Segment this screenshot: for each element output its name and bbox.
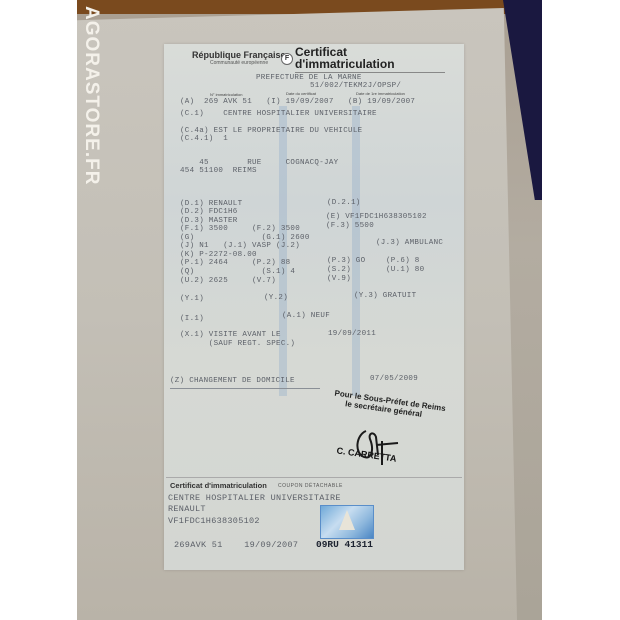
field-x1-date: 19/09/2011 bbox=[328, 330, 376, 338]
address-line-2: 454 51100 REIMS bbox=[180, 167, 257, 175]
field-c4a: (C.4a) EST LE PROPRIETAIRE DU VEHICULE bbox=[180, 127, 362, 135]
field-y2: (Y.2) bbox=[264, 294, 288, 302]
reference: 51/002/TEKM2J/OPSP/ bbox=[310, 82, 401, 90]
field-v9: (V.9) bbox=[327, 275, 351, 283]
security-band bbox=[352, 106, 360, 396]
signature-icon bbox=[352, 425, 402, 467]
field-y1: (Y.1) bbox=[180, 295, 204, 303]
field-p3: (P.3) GO bbox=[327, 257, 365, 265]
country-sub-label: Communauté européenne bbox=[210, 60, 268, 66]
address-line-1: 45 RUE COGNACQ-JAY bbox=[180, 159, 338, 167]
field-k: (K) P-2272-08.00 bbox=[180, 251, 257, 259]
field-p1-p2: (P.1) 2464 (P.2) 88 bbox=[180, 259, 290, 267]
field-u2-v7: (U.2) 2625 (V.7) bbox=[180, 277, 276, 285]
field-f1-f2: (F.1) 3500 (F.2) 3500 bbox=[180, 225, 300, 233]
field-p6: (P.6) 8 bbox=[386, 257, 420, 265]
header-divider bbox=[295, 72, 445, 73]
field-y3: (Y.3) GRATUIT bbox=[354, 292, 416, 300]
title-line-2: d'immatriculation bbox=[295, 58, 395, 70]
field-d21: (D.2.1) bbox=[327, 199, 361, 207]
coupon-title: Certificat d'immatriculation bbox=[170, 481, 267, 490]
field-c1: (C.1) CENTRE HOSPITALIER UNIVERSITAIRE bbox=[180, 110, 377, 118]
coupon-serial: 09RU 41311 bbox=[316, 539, 373, 550]
field-z: (Z) CHANGEMENT DE DOMICILE bbox=[170, 377, 295, 385]
coupon-subtitle: COUPON DÉTACHABLE bbox=[278, 483, 343, 489]
field-s2: (S.2) bbox=[327, 266, 351, 274]
field-z-date: 07/05/2009 bbox=[370, 375, 418, 383]
field-d2: (D.2) FDC1H6 bbox=[180, 208, 238, 216]
certificate-title: Certificat d'immatriculation bbox=[295, 46, 395, 70]
coupon-divider bbox=[166, 477, 462, 478]
security-band bbox=[279, 106, 287, 396]
field-e: (E) VF1FDC1H638305102 bbox=[326, 213, 427, 221]
field-i1: (I.1) bbox=[180, 315, 204, 323]
field-x1-note: (SAUF REGT. SPEC.) bbox=[180, 340, 295, 348]
country-badge: F bbox=[281, 53, 293, 65]
field-d3: (D.3) MASTER bbox=[180, 217, 238, 225]
hologram-stamp bbox=[320, 505, 374, 539]
field-g: (G) (G.1) 2600 bbox=[180, 234, 310, 242]
ship-icon bbox=[339, 510, 355, 530]
coupon-vin: VF1FDC1H638305102 bbox=[168, 516, 260, 526]
small-label: Date de 1re immatriculation bbox=[356, 91, 405, 96]
field-q-s1: (Q) (S.1) 4 bbox=[180, 268, 295, 276]
field-j3: (J.3) AMBULANC bbox=[376, 239, 443, 247]
field-f3: (F.3) 5500 bbox=[326, 222, 374, 230]
field-a1: (A.1) NEUF bbox=[282, 312, 330, 320]
field-a: (A) 269 AVK 51 (I) 19/09/2007 (B) 19/09/… bbox=[180, 98, 415, 106]
prefecture: PREFECTURE DE LA MARNE bbox=[256, 74, 362, 82]
field-j: (J) N1 (J.1) VASP (J.2) bbox=[180, 242, 300, 250]
watermark: AGORASTORE.FR bbox=[80, 6, 102, 196]
small-label: N° immatriculation bbox=[210, 92, 243, 97]
coupon-make: RENAULT bbox=[168, 504, 206, 514]
small-label: Date du certificat bbox=[286, 91, 316, 96]
country-label: République Française bbox=[192, 50, 286, 60]
z-underline bbox=[170, 388, 320, 389]
coupon-plate-date: 269AVK 51 19/09/2007 bbox=[174, 540, 298, 550]
field-x1: (X.1) VISITE AVANT LE bbox=[180, 331, 281, 339]
field-u1: (U.1) 80 bbox=[386, 266, 424, 274]
field-c41: (C.4.1) 1 bbox=[180, 135, 228, 143]
field-d1: (D.1) RENAULT bbox=[180, 200, 242, 208]
coupon-holder: CENTRE HOSPITALIER UNIVERSITAIRE bbox=[168, 493, 341, 503]
registration-certificate: République Française Communauté européen… bbox=[164, 44, 464, 570]
